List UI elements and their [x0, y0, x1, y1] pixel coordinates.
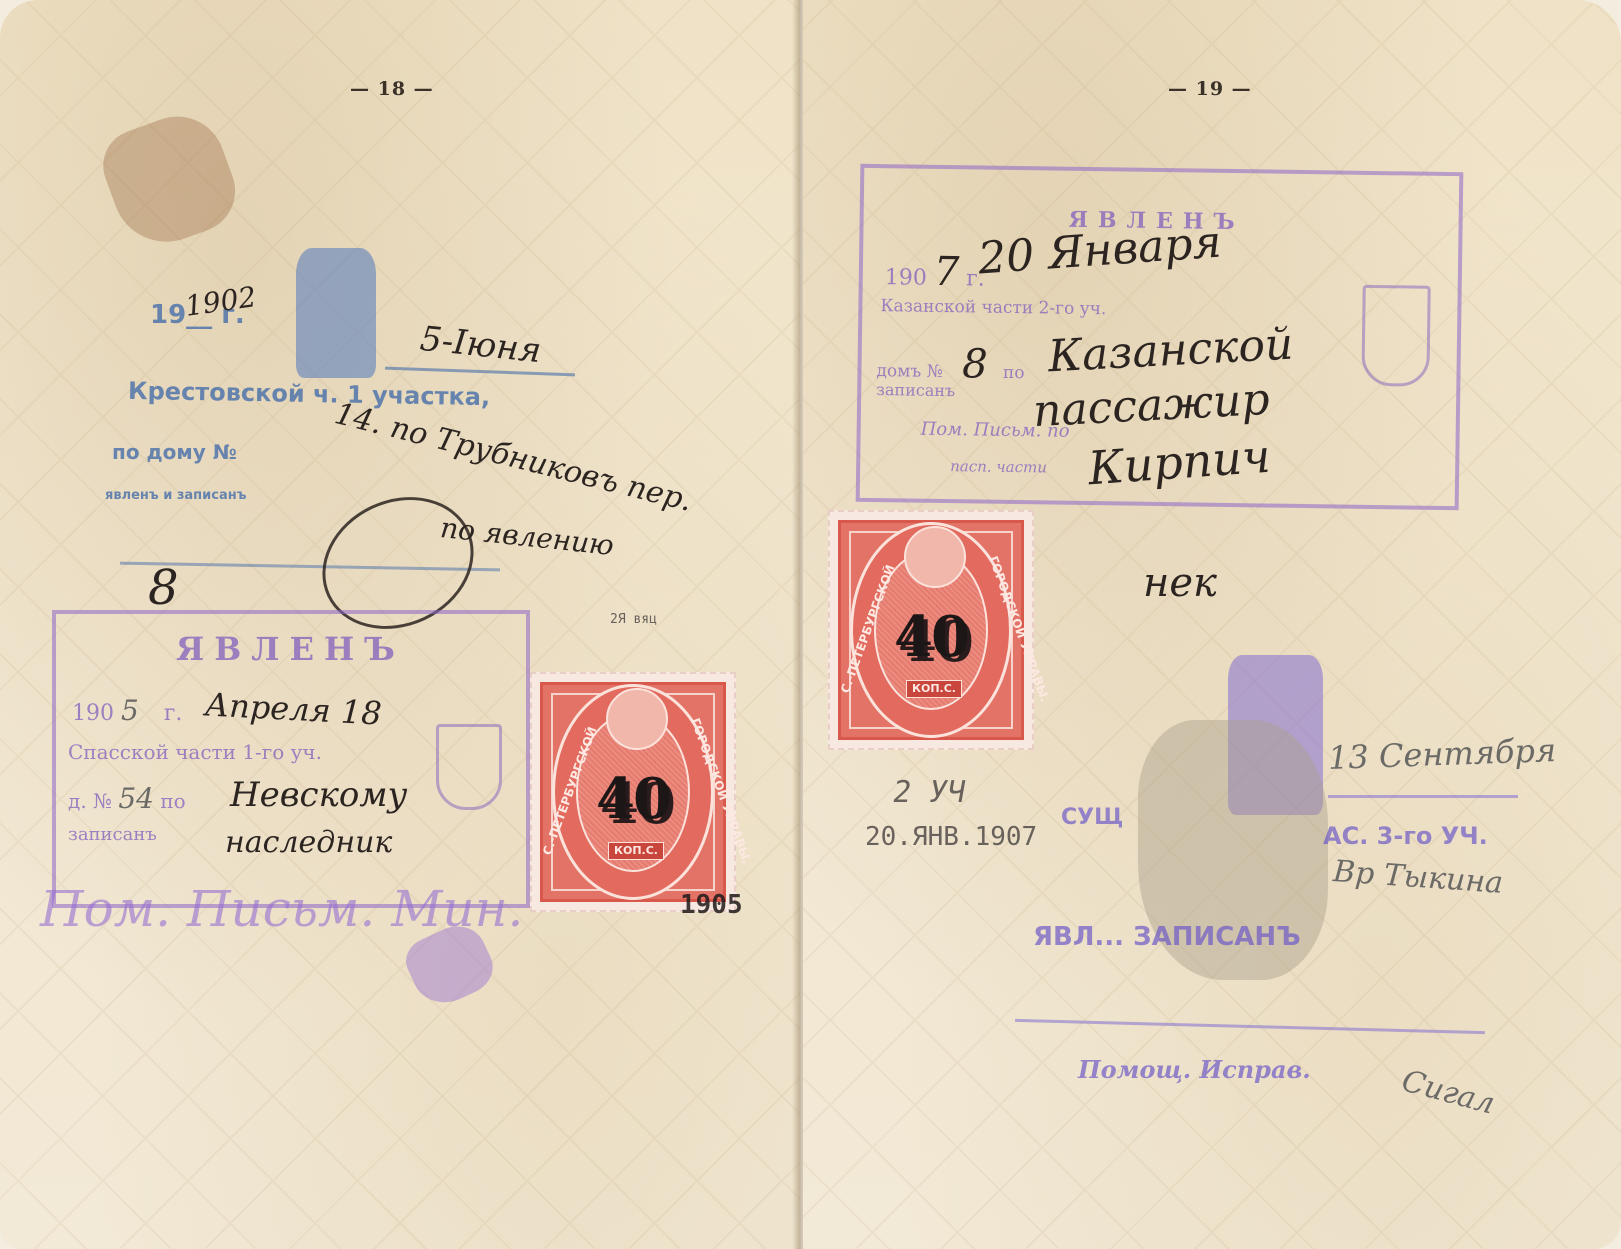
stamp-house-line: по дому № [112, 440, 237, 464]
page-number: — 19 — [1168, 78, 1252, 100]
coat-of-arms-icon [436, 724, 502, 810]
stamp-registered-row: записанъ [876, 380, 955, 400]
passport-spread: — 18 — 19__ г. Крестовской ч. 1 участка,… [0, 0, 1621, 1249]
signature-suffix: нек [1143, 560, 1217, 606]
stamp-unit: КОП.С. [608, 842, 664, 860]
stamp-value: 40 [532, 766, 734, 832]
stamp-unit: КОП.С. [906, 680, 962, 698]
house-number: 8 [962, 341, 988, 387]
postmark-date: 20.ЯНВ.1907 [865, 822, 1037, 852]
house-label: домъ № [876, 361, 943, 382]
stamp-footer-2: пасп. части [950, 457, 1047, 476]
revenue-stamp-right: С.-ПЕТЕРБУРГСКОЙ ГОРОДСКОЙ УПРАВЫ. 40 КО… [828, 510, 1034, 750]
stamp-year-row: 190 7 г. [885, 248, 986, 295]
stamp-fragment-1: СУЩ [1061, 805, 1123, 830]
stamp-house-row: д. № 54 по [68, 782, 186, 815]
house-suffix: по [160, 789, 185, 813]
pencil-date: 13 Сентября [1327, 731, 1556, 777]
stamp-district-row: Спасской части 1-го уч. [68, 740, 322, 764]
handwritten-status: наследник [225, 825, 392, 860]
year-suffix: г. [164, 701, 183, 726]
page-19: — 19 — ЯВЛЕНЪ 190 7 г. Казанской части 2… [803, 0, 1621, 1249]
stamp-registered-row: записанъ [68, 824, 157, 845]
stamp-fragment-3: ЯВЛ... ЗАПИСАНЪ [1033, 922, 1301, 952]
handwritten-number: 8 [148, 560, 179, 616]
handwritten-street: Невскому [230, 775, 407, 815]
house-number: 54 [118, 782, 154, 815]
year-label: 190 [72, 701, 114, 726]
page-18: — 18 — 19__ г. Крестовской ч. 1 участка,… [0, 0, 800, 1249]
postmark-district: 2 УЧ [890, 775, 968, 810]
year-label: 190 [885, 265, 927, 291]
year-handwritten: 5 [121, 694, 139, 727]
faint-stamp-text: 2Я вяц [610, 612, 657, 627]
house-label: д. № [68, 789, 112, 813]
stamp-registered-line: явленъ и записанъ [105, 488, 246, 503]
house-suffix: по [1003, 363, 1025, 383]
stamp-title: ЯВЛЕНЪ [176, 630, 405, 668]
registration-stamp-1905: ЯВЛЕНЪ 190 5 г. Спасской части 1-го уч. … [52, 610, 530, 908]
stamp-year-row: 190 5 г. [72, 694, 182, 727]
cancel-year: 1905 [680, 890, 743, 920]
coat-of-arms-icon [1361, 285, 1430, 387]
blue-emblem-icon [296, 248, 376, 378]
st-petersburg-crest-icon [904, 526, 966, 588]
stamp-fragment-4: Помощ. Исправ. [1078, 1055, 1311, 1084]
page-number: — 18 — [350, 78, 434, 100]
st-petersburg-crest-icon [606, 688, 668, 750]
stamp-district-row: Казанской части 2-го уч. [880, 296, 1106, 319]
stamp-fragment-2: АС. 3-го УЧ. [1323, 822, 1488, 850]
year-handwritten: 7 [934, 249, 960, 295]
revenue-stamp-left: С.-ПЕТЕРБУРГСКОЙ ГОРОДСКОЙ УПРАВЫ. 40 КО… [530, 672, 736, 912]
purple-rule [1328, 795, 1518, 798]
stamp-value: 40 [830, 604, 1032, 670]
